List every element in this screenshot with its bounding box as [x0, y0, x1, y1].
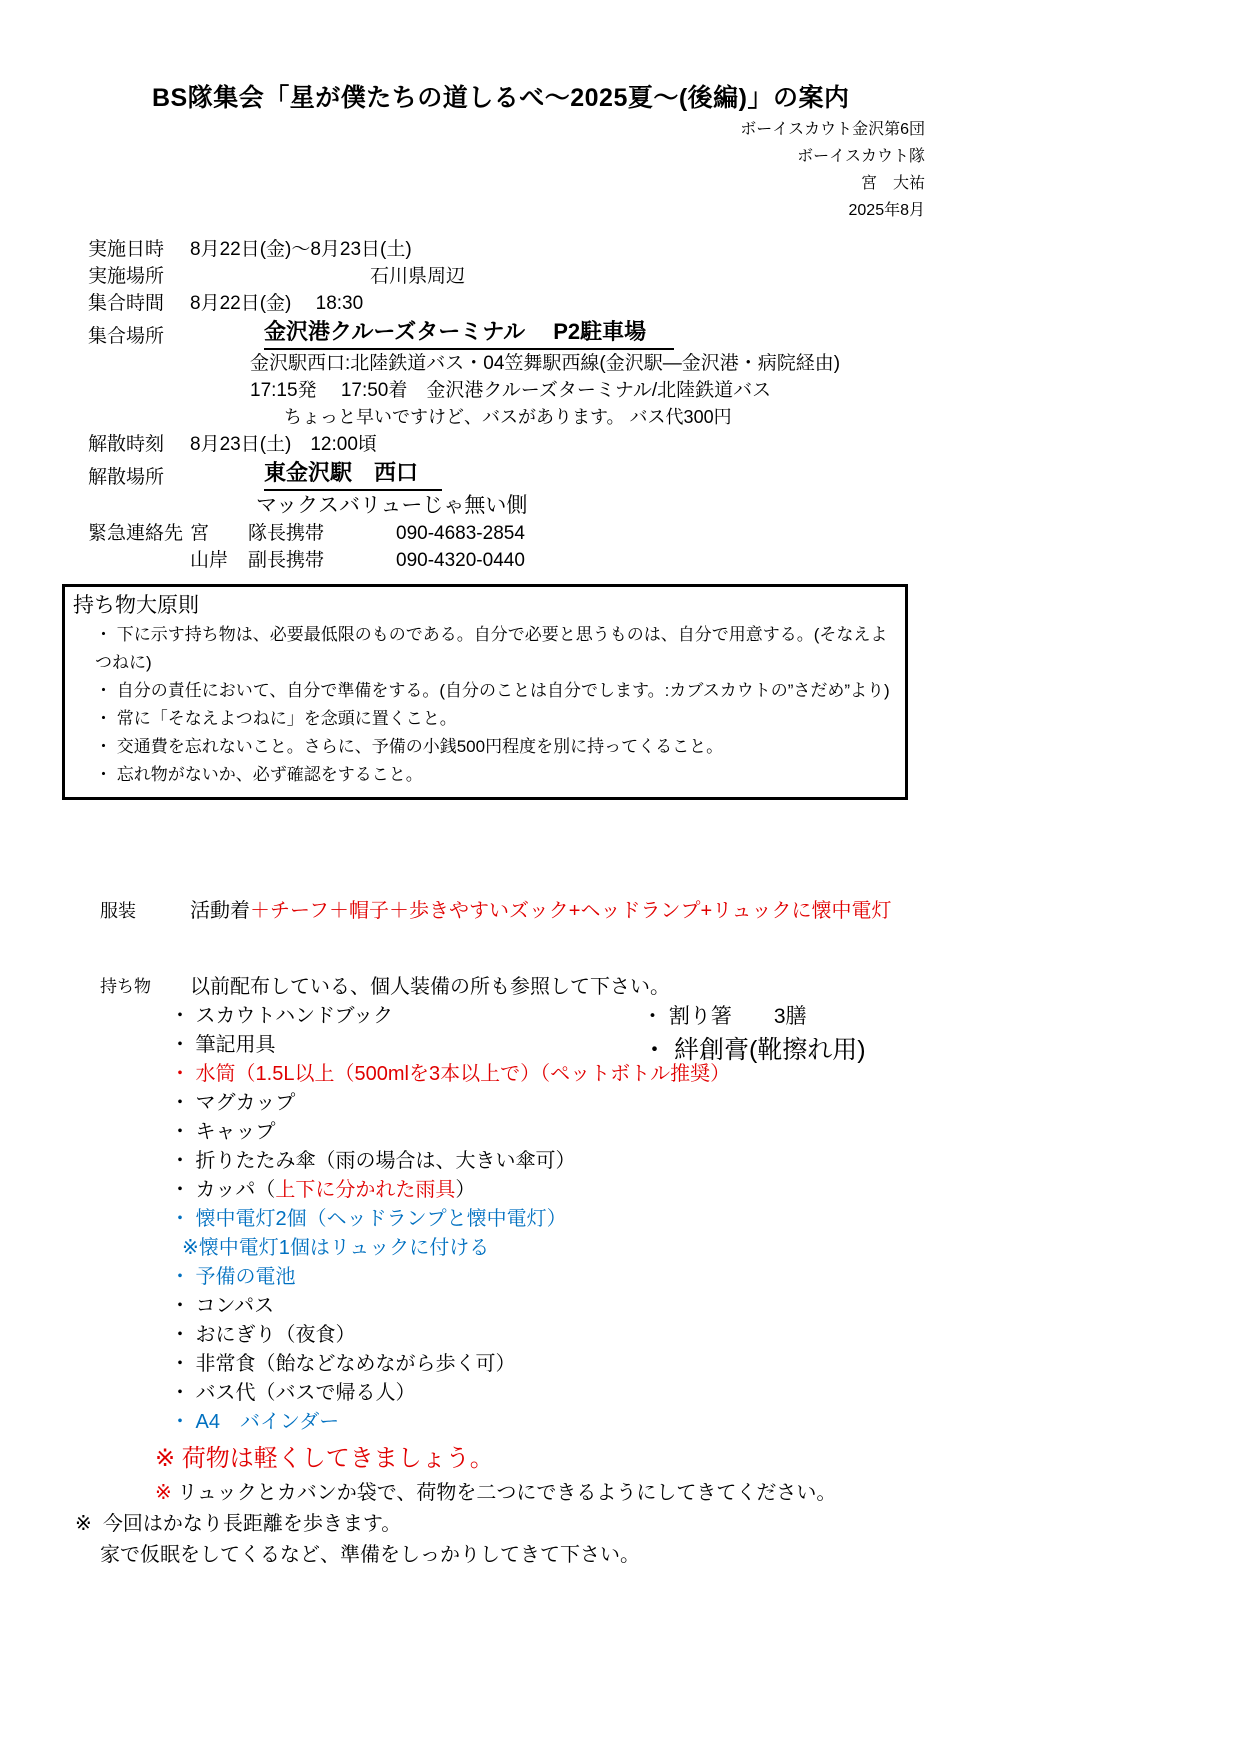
document-content: BS隊集会「星が僕たちの道しるべ～2025夏～(後編)」の案内 ボーイスカウト金…: [0, 0, 1240, 1571]
note-text: 荷物は軽くしてきましょう。: [182, 1445, 494, 1472]
info-row-place: 実施場所 石川県周辺: [88, 263, 1240, 290]
principle-item: ・ 自分の責任において、自分で準備をする。(自分のことは自分でします。:カブスカ…: [95, 677, 897, 705]
note-mark: ※: [155, 1482, 177, 1504]
contact-label-spacer: [88, 547, 190, 574]
info-row-dismiss-time: 解散時刻 8月23日(土) 12:00頃: [88, 431, 1240, 458]
list-item-umbrella: ・ 折りたたみ傘（雨の場合は、大きい傘可）: [170, 1147, 1240, 1176]
list-item-bus-fare: ・ バス代（バスで帰る人）: [170, 1379, 1240, 1408]
document-page: BS隊集会「星が僕たちの道しるべ～2025夏～(後編)」の案内 ボーイスカウト金…: [0, 0, 1240, 1754]
belongings-right-column: ・ 割り箸 3膳 ・ 絆創膏(靴擦れ用): [642, 1002, 866, 1069]
belongings-intro: 以前配布している、個人装備の所も参照して下さい。: [190, 972, 670, 1002]
bus-route-line: 金沢駅西口:北陸鉄道バス・04笠舞駅西線(金沢駅―金沢港・病院経由): [250, 350, 1240, 377]
info-row-meet-place: 集合場所 金沢港クルーズターミナル P2駐車場: [88, 317, 1240, 350]
principle-item: ・ 下に示す持ち物は、必要最低限のものである。自分で必要と思うものは、自分で用意…: [95, 621, 897, 677]
org-line-date: 2025年8月: [0, 197, 925, 224]
note-mark: ※: [75, 1513, 97, 1535]
info-section: 実施日時 8月22日(金)～8月23日(土) 実施場所 石川県周辺 集合時間 8…: [88, 236, 1240, 574]
date-value: 8月22日(金)～8月23日(土): [190, 236, 412, 263]
list-item-raincoat: ・ カッパ（上下に分かれた雨具）: [170, 1176, 1240, 1205]
note-text: 今回はかなり長距離を歩きます。: [97, 1513, 401, 1535]
org-line-troop: ボーイスカウト隊: [0, 143, 925, 170]
org-line-leader: 宮 大祐: [0, 170, 925, 197]
meet-place-value: 金沢港クルーズターミナル P2駐車場: [264, 317, 674, 350]
clothing-label: 服装: [100, 896, 190, 926]
principle-item: ・ 忘れ物がないか、必ず確認をすること。: [95, 761, 897, 789]
list-item-bandage: ・ 絆創膏(靴擦れ用): [642, 1031, 866, 1069]
place-label: 実施場所: [88, 263, 190, 290]
principle-item: ・ 交通費を忘れないこと。さらに、予備の小銭500円程度を別に持ってくること。: [95, 733, 897, 761]
list-item-chopsticks: ・ 割り箸 3膳: [642, 1002, 866, 1031]
contact-2-phone: 090-4320-0440: [396, 547, 525, 574]
dismiss-time-label: 解散時刻: [88, 431, 190, 458]
info-row-meet-time: 集合時間 8月22日(金) 18:30: [88, 290, 1240, 317]
raincoat-prefix: ・ カッパ（: [170, 1179, 275, 1201]
contact-row-2: 山岸 副長携帯 090-4320-0440: [88, 547, 1240, 574]
note-two-bags: ※ リュックとカバンか袋で、荷物を二つにできるようにしてきてください。: [155, 1477, 1240, 1509]
list-item-emergency-food: ・ 非常食（飴などなめながら歩く可）: [170, 1350, 1240, 1379]
dismiss-place-value: 東金沢駅 西口: [264, 458, 442, 491]
principle-item: ・ 常に「そなえよつねに」を念頭に置くこと。: [95, 705, 897, 733]
list-item-cap: ・ キャップ: [170, 1118, 1240, 1147]
principles-box: 持ち物大原則 ・ 下に示す持ち物は、必要最低限のものである。自分で必要と思うもの…: [62, 584, 908, 800]
note-mark: ※: [155, 1445, 182, 1472]
list-item-flashlights: ・ 懐中電灯2個（ヘッドランプと懐中電灯）: [170, 1205, 1240, 1234]
org-block: ボーイスカウト金沢第6団 ボーイスカウト隊 宮 大祐 2025年8月: [0, 116, 925, 224]
list-item-spare-batteries: ・ 予備の電池: [170, 1263, 1240, 1292]
note-light-luggage: ※ 荷物は軽くしてきましょう。: [155, 1441, 1240, 1477]
dismiss-note-line: マックスバリューじゃ無い側: [256, 491, 1240, 520]
info-row-dismiss-place: 解散場所 東金沢駅 西口: [88, 458, 1240, 491]
note-take-nap: 家で仮眠をしてくるなど、準備をしっかりしてきて下さい。: [100, 1540, 1240, 1571]
bus-time-line: 17:15発 17:50着 金沢港クルーズターミナル/北陸鉄道バス: [250, 377, 1240, 404]
meet-place-label: 集合場所: [88, 323, 190, 350]
raincoat-suffix: ）: [455, 1179, 475, 1201]
contact-2-name: 山岸: [190, 547, 248, 574]
note-text: リュックとカバンか袋で、荷物を二つにできるようにしてきてください。: [177, 1482, 836, 1504]
clothing-red-part: ＋チーフ＋帽子＋歩きやすいズック+ヘッドランプ+リュックに懐中電灯: [250, 900, 892, 922]
contact-2-role: 副長携帯: [248, 547, 396, 574]
belongings-list: ・ 割り箸 3膳 ・ 絆創膏(靴擦れ用) ・ スカウトハンドブック ・ 筆記用具…: [170, 1002, 1240, 1437]
dismiss-place-label: 解散場所: [88, 464, 190, 491]
date-label: 実施日時: [88, 236, 190, 263]
contact-1-role: 隊長携帯: [248, 520, 396, 547]
note-long-walk: ※ 今回はかなり長距離を歩きます。: [75, 1509, 1240, 1540]
contact-1-name: 宮: [190, 520, 248, 547]
principles-title: 持ち物大原則: [73, 591, 897, 621]
contact-row-1: 緊急連絡先 宮 隊長携帯 090-4683-2854: [88, 520, 1240, 547]
belongings-label: 持ち物: [100, 972, 190, 1002]
info-row-date: 実施日時 8月22日(金)～8月23日(土): [88, 236, 1240, 263]
list-item-mug: ・ マグカップ: [170, 1089, 1240, 1118]
list-item-flashlight-note: ※懐中電灯1個はリュックに付ける: [182, 1234, 1240, 1263]
meet-time-value: 8月22日(金) 18:30: [190, 290, 363, 317]
bus-note-line: ちょっと早いですけど、バスがあります。 バス代300円: [284, 404, 1240, 431]
contact-1-phone: 090-4683-2854: [396, 520, 525, 547]
belongings-row: 持ち物 以前配布している、個人装備の所も参照して下さい。: [100, 972, 1240, 1002]
place-value: 石川県周辺: [370, 263, 465, 290]
list-item-onigiri: ・ おにぎり（夜食）: [170, 1321, 1240, 1350]
raincoat-red-part: 上下に分かれた雨具: [275, 1179, 455, 1201]
list-item-a4-binder: ・ A4 バインダー: [170, 1408, 1240, 1437]
dismiss-time-value: 8月23日(土) 12:00頃: [190, 431, 377, 458]
clothing-value: 活動着＋チーフ＋帽子＋歩きやすいズック+ヘッドランプ+リュックに懐中電灯: [190, 896, 892, 926]
meet-time-label: 集合時間: [88, 290, 190, 317]
list-item-compass: ・ コンパス: [170, 1292, 1240, 1321]
contact-label: 緊急連絡先: [88, 520, 190, 547]
org-line-group: ボーイスカウト金沢第6団: [0, 116, 925, 143]
clothing-row: 服装 活動着＋チーフ＋帽子＋歩きやすいズック+ヘッドランプ+リュックに懐中電灯: [100, 896, 1240, 926]
clothing-base: 活動着: [190, 900, 250, 922]
page-title: BS隊集会「星が僕たちの道しるべ～2025夏～(後編)」の案内: [152, 82, 1240, 114]
